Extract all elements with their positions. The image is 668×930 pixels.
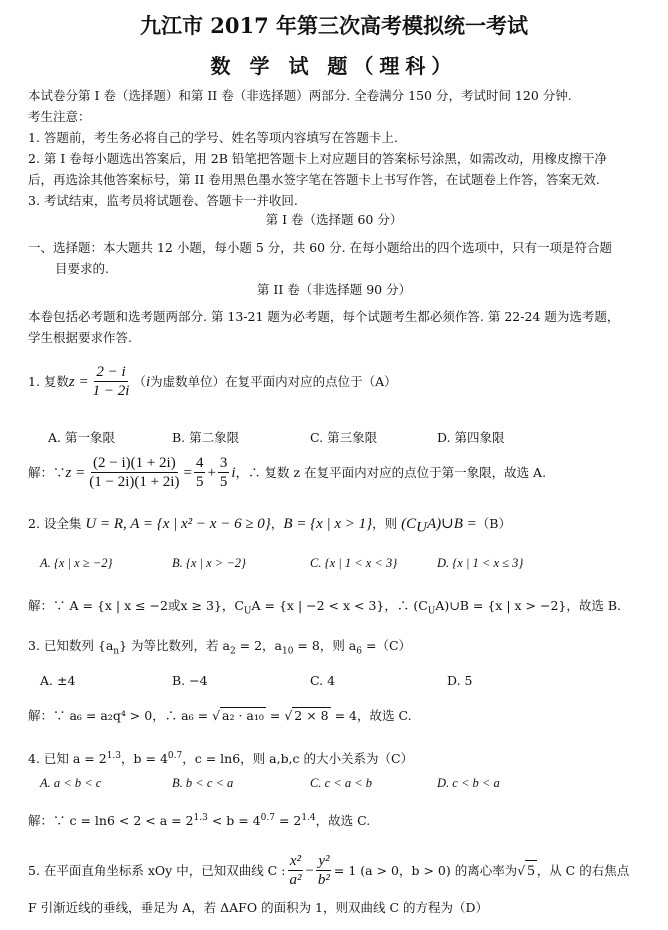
question-1: 1. 复数 z = 2 − i 1 − 2i （i 为虚数单位）在复平面内对应的… (28, 363, 397, 400)
q2-option-b: B. {x | x > −2} (172, 556, 246, 571)
q1-solution: 解：∵ z = (2 − i)(1 + 2i) (1 − 2i)(1 + 2i)… (28, 454, 546, 491)
q2-option-a: A. {x | x ≥ −2} (40, 556, 112, 571)
q4-option-c: C. c < a < b (310, 776, 372, 791)
question-4: 4. 已知 a = 21.3，b = 40.7，c = ln6，则 a,b,c … (28, 746, 413, 769)
q1-option-c: C. 第三象限 (310, 428, 377, 446)
part1-desc: 一、选择题：本大题共 12 小题，每小题 5 分，共 60 分. 在每小题给出的… (28, 238, 612, 258)
exam-subtitle: 数 学 试 题（理科） (0, 50, 668, 79)
part2-desc: 本卷包括必考题和选考题两部分. 第 13-21 题为必考题，每个试题考生都必须作… (28, 307, 619, 327)
question-5-cont: F 引渐近线的垂线，垂足为 A，若 ΔAFO 的面积为 1，则双曲线 C 的方程… (28, 898, 488, 918)
note-1: 1. 答题前，考生务必将自己的学号、姓名等项内容填写在答题卡上. (28, 128, 398, 148)
question-5: 5. 在平面直角坐标系 xOy 中，已知双曲线 C : x²a² − y²b² … (28, 852, 629, 889)
fraction: (2 − i)(1 + 2i) (1 − 2i)(1 + 2i) (87, 454, 181, 491)
q4-option-b: B. b < c < a (172, 776, 233, 791)
q4-option-d: D. c < b < a (437, 776, 500, 791)
q3-option-d: D. 5 (447, 673, 472, 688)
q2-option-d: D. {x | 1 < x ≤ 3} (437, 556, 523, 571)
notice-label: 考生注意： (28, 107, 91, 127)
fraction: 45 (194, 454, 206, 491)
q2-option-c: C. {x | 1 < x < 3} (310, 556, 397, 571)
q1-option-d: D. 第四象限 (437, 428, 505, 446)
question-3: 3. 已知数列 {an} 为等比数列，若 a2 = 2，a10 = 8，则 a6… (28, 636, 411, 662)
part1-heading: 第 I 卷（选择题 60 分） (0, 210, 668, 228)
q2-solution: 解：∵ A = {x | x ≤ −2或x ≥ 3}，CUA = {x | −2… (28, 596, 621, 622)
q4-option-a: A. a < b < c (40, 776, 101, 791)
note-3: 3. 考试结束，监考员将试题卷、答题卡一并收回. (28, 191, 298, 211)
q3-option-b: B. −4 (172, 673, 208, 688)
exam-title: 九江市 2017 年第三次高考模拟统一考试 (0, 10, 668, 40)
note-2: 2. 第 I 卷每小题选出答案后，用 2B 铅笔把答题卡上对应题目的答案标号涂黑… (28, 149, 607, 169)
q1-option-b: B. 第二象限 (172, 428, 239, 446)
question-2: 2. 设全集 U = R, A = {x | x² − x − 6 ≥ 0}，B… (28, 514, 511, 538)
q4-solution: 解：∵ c = ln6 < 2 < a = 21.3 < b = 40.7 = … (28, 808, 370, 831)
fraction: 35 (218, 454, 230, 491)
fraction: 2 − i 1 − 2i (91, 363, 132, 400)
fraction: x²a² (287, 852, 303, 889)
q3-solution: 解：∵ a₆ = a₂q⁴ > 0，∴ a₆ = √a₂ · a₁₀ = √2 … (28, 706, 412, 726)
fraction: y²b² (316, 852, 332, 889)
q3-option-a: A. ±4 (40, 673, 75, 688)
part2-heading: 第 II 卷（非选择题 90 分） (0, 280, 668, 298)
note-2-cont: 后，再选涂其他答案标号，第 II 卷用黑色墨水签字笔在答题卡上书写作答，在试题卷… (28, 170, 600, 190)
q3-option-c: C. 4 (310, 673, 335, 688)
intro-line: 本试卷分第 I 卷（选择题）和第 II 卷（非选择题）两部分. 全卷满分 150… (28, 86, 572, 106)
part1-desc-cont: 目要求的. (55, 259, 109, 279)
part2-desc-cont: 学生根据要求作答. (28, 328, 132, 348)
q1-option-a: A. 第一象限 (48, 428, 115, 446)
